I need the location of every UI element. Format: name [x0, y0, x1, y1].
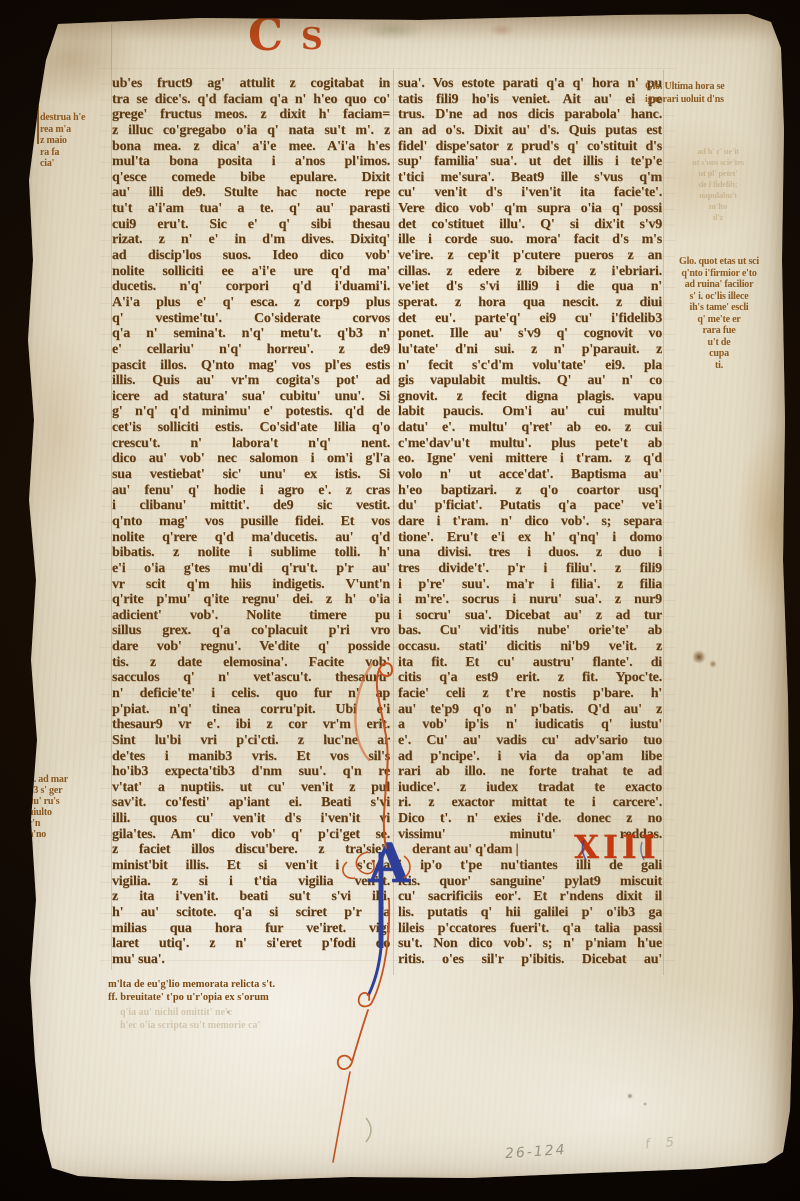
gloss-line: uiulto — [28, 807, 112, 818]
manuscript-text-line: z faciet illos discu'bere. z tra'sie's — [112, 842, 390, 858]
running-title-letter-c: C — [248, 14, 283, 58]
manuscript-text-line: q'rite p'mu' q'ite regnu' dei. z h' o'ia — [112, 592, 390, 608]
manuscript-text-line: sperat. z hora qua nescit. z diui — [398, 295, 662, 311]
manuscript-text-line: crescu't. n' labora't n'q' nent. — [112, 436, 390, 452]
manuscript-text-line: cu' sacrificiis eor'. Et r'ndens dixit i… — [398, 889, 662, 905]
gloss-line: ut s'uos scie'tes — [662, 157, 774, 168]
manuscript-text-line: tis. z date elemosina'. Facite vob' — [112, 655, 390, 671]
gloss-line: b3 s' ger — [28, 785, 112, 796]
manuscript-text-line: ponet. Ille au' s'v9 q' cognovit vo — [398, 326, 662, 342]
manuscript-text-line: i clibanu' mittit'. de9 sic vestit. — [112, 498, 390, 514]
manuscript-text-line: citis q'a est9 erit. z fit. Ypoc'te. — [398, 670, 662, 686]
manuscript-text-line: cu' ven'it d's i'ven'it ita facie'te'. — [398, 185, 662, 201]
gloss-line: q' me'te er — [648, 314, 790, 326]
manuscript-text-line: tatis fili9 ho'is veniet. Ait au' ei pe — [398, 92, 662, 108]
gloss-line: du' ru's — [28, 796, 112, 807]
manuscript-text-line: lileis p'ccatores fueri't. q'a talia pas… — [398, 921, 662, 937]
manuscript-text-line: ille i corde suo. mora' facit d's m's — [398, 232, 662, 248]
manuscript-text-line: det eu'. parte'q' ei9 cu' i'fidelib3 — [398, 311, 662, 327]
manuscript-text-line: bas. Cu' vid'itis nube' orie'te' ab — [398, 623, 662, 639]
gloss-line: uapulabu't — [662, 190, 774, 201]
manuscript-text-line: bona mea. z dica' a'i'e mee. A'i'a h'es — [112, 139, 390, 155]
chapter-numeral: XIII — [574, 831, 660, 863]
manuscript-text-line: leis. quor' sanguine' pylat9 miscuit — [398, 874, 662, 890]
gloss-line: destrua h'e — [40, 112, 114, 124]
manuscript-text-line: fidel' dispe'sator z prud's q' co'stitui… — [398, 139, 662, 155]
pencil-inventory-number: 26-124 — [505, 1142, 568, 1162]
running-title-letter-s: S — [301, 25, 323, 55]
manuscript-text-line: labit paucis. Om'i au' cui multu' — [398, 404, 662, 420]
manuscript-text-line: i socru' sua'. Dicebat au' z ad tur — [398, 608, 662, 624]
manuscript-text-line: g' n'q' q'd minimu' e' potestis. q'd de — [112, 404, 390, 420]
manuscript-text-line: cet'is solliciti estis. Co'sid'ate lilia… — [112, 420, 390, 436]
annotation-line: ff. breuitate' t'po u'r'opia ex s'orum — [108, 991, 380, 1004]
manuscript-text-line: ritis. o'es sil'r p'ibitis. Dicebat au' — [398, 952, 662, 968]
manuscript-text-line: gnovit. z fecit digna plagis. vapu — [398, 389, 662, 405]
manuscript-text-line: nolite solliciti ee a'i'e ure q'd ma' — [112, 264, 390, 280]
manuscript-text-line: vigilia. z si i t'tia vigilia ven'it. — [112, 874, 390, 890]
annotation-line: h'ec o'ia scripta su't memorie ca' — [120, 1019, 420, 1032]
manuscript-text-line: A'i'a plus e' q' esca. z corp9 plus — [112, 295, 390, 311]
gloss-line: cupa — [648, 348, 790, 360]
manuscript-text-line: ve'ire. z cep'it p'cutere pueros z an — [398, 248, 662, 264]
decorated-initial: A — [368, 836, 410, 890]
gloss-lower-left: t'. ad marb3 s' gerdu' ru'suiultor'nh'no — [28, 774, 112, 840]
manuscript-text-line: iudice'. z iudex tradat te exacto — [398, 780, 662, 796]
manuscript-text-line: gis vapulabit multis. Q' au' n' co — [398, 373, 662, 389]
manuscript-text-line: z illuc co'gregabo o'ia q' nata su't m'.… — [112, 123, 390, 139]
manuscript-text-line: ri. z exactor mittat te i carcere'. — [398, 795, 662, 811]
gloss-line: Glo. Ultima hora se — [645, 80, 797, 93]
manuscript-photo: C S ub'es fruct9 ag' attulit z cogitabat… — [0, 0, 800, 1201]
gloss-line: t'. ad mar — [28, 774, 112, 785]
manuscript-text-line: cui9 eru't. Sic e' q' sibi thesau — [112, 217, 390, 233]
manuscript-text-line: lis. putatis q' hii galilei p' o'ib3 ga — [398, 905, 662, 921]
manuscript-text-line: facie' celi z t're nostis p'bare. h' — [398, 686, 662, 702]
manuscript-text-line: laret utiq'. z n' si'eret p'fodi do — [112, 936, 390, 952]
manuscript-text-line: lu'tate' d'ni sui. z n' p'parauit. z — [398, 342, 662, 358]
manuscript-text-line: una divisi. tres i duos. z duo i — [398, 545, 662, 561]
gloss-line: de i'fidelib; — [662, 179, 774, 190]
gloss-faded-right: ad h' c' ue'itut s'uos scie'tesut pl' pe… — [662, 146, 774, 223]
annotation-line: m'lta de eu'g'lio memorata relicta s't. — [108, 978, 380, 991]
manuscript-text-line: au' illi de9. Stulte hac nocte repe — [112, 185, 390, 201]
gloss-line: m'lto — [662, 201, 774, 212]
manuscript-text-line: h'eo baptizari. z q'o coartor usq' — [398, 483, 662, 499]
manuscript-text-line: tione'. Eru't e'i ex h' q'nq' i domo — [398, 530, 662, 546]
manuscript-text-line: n' fecit s'c'd'm volu'tate' ei9. pla — [398, 358, 662, 374]
manuscript-text-line: icere ad statura' sua' cubitu' unu'. Si — [112, 389, 390, 405]
manuscript-text-line: an ad o's. Dixit au' d's. Quis putas est — [398, 123, 662, 139]
manuscript-text-line: ducetis. n'q' corpori q'd i'duami'i. — [112, 279, 390, 295]
manuscript-text-line: gila'tes. Am' dico vob' q' p'ci'get se. — [112, 827, 390, 843]
manuscript-text-line: t'tici me'sura'. Beat9 ille s'vus q'm — [398, 170, 662, 186]
gloss-line: ra fa — [40, 147, 114, 159]
gloss-line: z maio — [40, 135, 114, 147]
gloss-line: cia' — [40, 158, 114, 170]
manuscript-text-line: Vere dico vob' q'm supra o'ia q' possi — [398, 201, 662, 217]
manuscript-text-line: eo. Igne' veni mittere i t'ram. z q'd — [398, 451, 662, 467]
manuscript-text-line: ve'iet d's s'vi illi9 i die qua n' — [398, 279, 662, 295]
manuscript-text-line: dare i t'ram. n' dico vob'. s; separa — [398, 514, 662, 530]
manuscript-text-line: illis. Quis au' vr'm cogita's pot' ad — [112, 373, 390, 389]
manuscript-text-line: cillas. z edere z bibere z i'ebriari. — [398, 264, 662, 280]
pencil-faint-mark: f 5 — [644, 1135, 680, 1153]
manuscript-text-line: e'. Cu' au' vadis cu' adv'sario tuo — [398, 733, 662, 749]
manuscript-text-line: ho'ib3 expecta'tib3 d'nm suu'. q'n re — [112, 764, 390, 780]
gloss-top-left: destrua h'erea m'az maiora facia' — [40, 112, 114, 170]
gloss-line: ad h' c' ue'it — [662, 146, 774, 157]
manuscript-text-line: v'tat' a nuptiis. ut cu' ven'it z pul — [112, 780, 390, 796]
text-column-left: ub'es fruct9 ag' attulit z cogitabat int… — [112, 76, 390, 971]
manuscript-text-line: h' au' scitote. q'a si sciret p'r fa — [112, 905, 390, 921]
bottom-annotation-faded: q'ia au' nichil omittit' ne'ch'ec o'ia s… — [120, 1006, 420, 1032]
manuscript-text-line: i p're' suu'. ma'r i filia'. z filia — [398, 577, 662, 593]
manuscript-text-line: au' fenu' q' hodie i agro e'. z cras — [112, 483, 390, 499]
gloss-line: ad ruina' facilior — [648, 279, 790, 291]
manuscript-text-line: sup' familia' sua'. ut det illis i te'p'… — [398, 154, 662, 170]
manuscript-text-line: su't. Non dico vob'. s; n' p'niam h'ue — [398, 936, 662, 952]
manuscript-text-line: du' p'ficiat'. Putatis q'a pace' ve'i — [398, 498, 662, 514]
manuscript-text-line: n' deficie'te' i celis. quo fur n' ap — [112, 686, 390, 702]
manuscript-text-line: ita fit. Et cu' austru' flante'. di — [398, 655, 662, 671]
gloss-mid-right: Glo. quot etas ut sciq'nto i'firmior e't… — [648, 256, 790, 371]
gloss-line: s' i. oc'lis illece — [648, 291, 790, 303]
manuscript-text-line: de'tes i manib3 vris. Et vos sil's — [112, 749, 390, 765]
manuscript-text-line: ad discip'los suos. Ideo dico vob' — [112, 248, 390, 264]
bottom-annotation: m'lta de eu'g'lio memorata relicta s't.f… — [108, 978, 380, 1004]
manuscript-text-line: vr scit q'm hiis indigetis. V'unt'n — [112, 577, 390, 593]
manuscript-text-line: sua vestiebat' sic' unu' ex istis. Si — [112, 467, 390, 483]
gloss-line: ut pl' petet' — [662, 168, 774, 179]
manuscript-text-line: rari ab illo. ne forte trahat te ad — [398, 764, 662, 780]
gloss-line: ti. — [648, 360, 790, 372]
manuscript-text-line: tres divide't'. p'r i filiu'. z fili9 — [398, 561, 662, 577]
manuscript-text-line: Dico t'. n' exies i'de. donec z no — [398, 811, 662, 827]
manuscript-text-line: nolite q'rere q'd ma'ducetis. au' q'd — [112, 530, 390, 546]
manuscript-text-line: adicient' vob'. Nolite timere pu — [112, 608, 390, 624]
gloss-line: Glo. quot etas ut sci — [648, 256, 790, 268]
manuscript-text-line: q' vestime'tu'. Co'siderate corvos — [112, 311, 390, 327]
manuscript-text-line: ad p'ncipe'. i via da op'am libe — [398, 749, 662, 765]
manuscript-text-line: q'esce comede bibe epulare. Dixit — [112, 170, 390, 186]
parchment-leaf: C S ub'es fruct9 ag' attulit z cogitabat… — [0, 0, 800, 1201]
manuscript-text-line: rizat. z n' e' in d'm dives. Dixitq' — [112, 232, 390, 248]
manuscript-text-line: c'me'dav'u't multu'. plus pete't ab — [398, 436, 662, 452]
manuscript-text-line: det co'stituet illu'. Q' si dix'it s'v9 — [398, 217, 662, 233]
manuscript-text-line: e' cellariu' n'q' horreu'. z de9 — [112, 342, 390, 358]
gloss-line: rea m'a — [40, 124, 114, 136]
manuscript-text-line: ub'es fruct9 ag' attulit z cogitabat in — [112, 76, 390, 92]
manuscript-text-line: a vob' ip'is n' iudicatis q' iustu' — [398, 717, 662, 733]
annotation-line: q'ia au' nichil omittit' ne'c — [120, 1006, 420, 1019]
gloss-line: d'z — [662, 212, 774, 223]
gloss-marker-bar — [37, 100, 39, 144]
manuscript-text-line: mul'ta bona posita i a'nos pl'imos. — [112, 154, 390, 170]
manuscript-text-line: sua'. Vos estote parati q'a q' hora n' p… — [398, 76, 662, 92]
manuscript-text-line: trus. D'ne ad nos dicis parabola' hanc. — [398, 107, 662, 123]
gloss-line: r'n — [28, 818, 112, 829]
manuscript-text-line: dare vob' regnu'. Ve'dite q' posside — [112, 639, 390, 655]
manuscript-text-line: dico au' vob' nec salomon i om'i g'l'a — [112, 451, 390, 467]
manuscript-text-line: au' te'p9 q'o n' p'batis. Q'd au' z — [398, 702, 662, 718]
manuscript-text-line: mu' sua'. — [112, 952, 390, 968]
manuscript-text-line: e'i o'ia g'tes mu'di q'ru't. p'r au' — [112, 561, 390, 577]
gloss-line: ih's tame' escli — [648, 302, 790, 314]
manuscript-text-line: Sint lu'bi vri p'ci'cti. z luc'ne ar — [112, 733, 390, 749]
manuscript-text-line: milias qua hora fur ve'iret. vigi — [112, 921, 390, 937]
manuscript-text-line: q'a n' semina't. n'q' metu't. q'b3 n' — [112, 326, 390, 342]
manuscript-text-line: occasu. stati' dicitis ni'b9 ve'it. z — [398, 639, 662, 655]
manuscript-text-line: illi. quos cu' ven'it d's i'ven'it vi — [112, 811, 390, 827]
manuscript-text-line: grege' fructus meos. z dixit h' faciam= — [112, 107, 390, 123]
manuscript-text-line: thesaur9 vr e'. ibi z cor vr'm erit. — [112, 717, 390, 733]
manuscript-text-line: datu' e'. multu' q'ret' ab eo. z cui — [398, 420, 662, 436]
gloss-line: h'no — [28, 829, 112, 840]
manuscript-text-line: minist'bit illis. Et si ven'it i s'c'da — [112, 858, 390, 874]
manuscript-text-line: bibatis. z nolite i sublime tolli. h' — [112, 545, 390, 561]
manuscript-text-line: sillus grex. q'a co'placuit p'ri vro — [112, 623, 390, 639]
manuscript-text-line: volo n' ut acce'dat'. Baptisma au' — [398, 467, 662, 483]
gloss-line: q'nto i'firmior e'to — [648, 268, 790, 280]
gloss-line: rara fue — [648, 325, 790, 337]
manuscript-text-line: tra se dice's. q'd faciam q'a n' h'eo qu… — [112, 92, 390, 108]
gloss-top-right: Glo. Ultima hora seignorari uoluit d'ns — [645, 80, 797, 106]
gloss-line: u't de — [648, 337, 790, 349]
manuscript-text-line: z ita i'ven'it. beati su't s'vi illi. — [112, 889, 390, 905]
manuscript-text-line: i m're'. socrus i nuru' sua'. z nur9 — [398, 592, 662, 608]
manuscript-text-line: p'piat. n'q' tinea corru'pit. Ubi e'i — [112, 702, 390, 718]
gloss-line: ignorari uoluit d'ns — [645, 93, 797, 106]
manuscript-text-line: pascit illos. Q'nto mag' vos pl'es estis — [112, 358, 390, 374]
manuscript-text-line: sacculos q' n' vet'ascu't. thesauru' — [112, 670, 390, 686]
manuscript-text-line: q'nto mag' vos pusille fidei. Et vos — [112, 514, 390, 530]
manuscript-text-line: sav'it. co'festi' ap'iant ei. Beati s'vi — [112, 795, 390, 811]
manuscript-text-line: tu't a'i'am tua' a te. q' au' parasti — [112, 201, 390, 217]
